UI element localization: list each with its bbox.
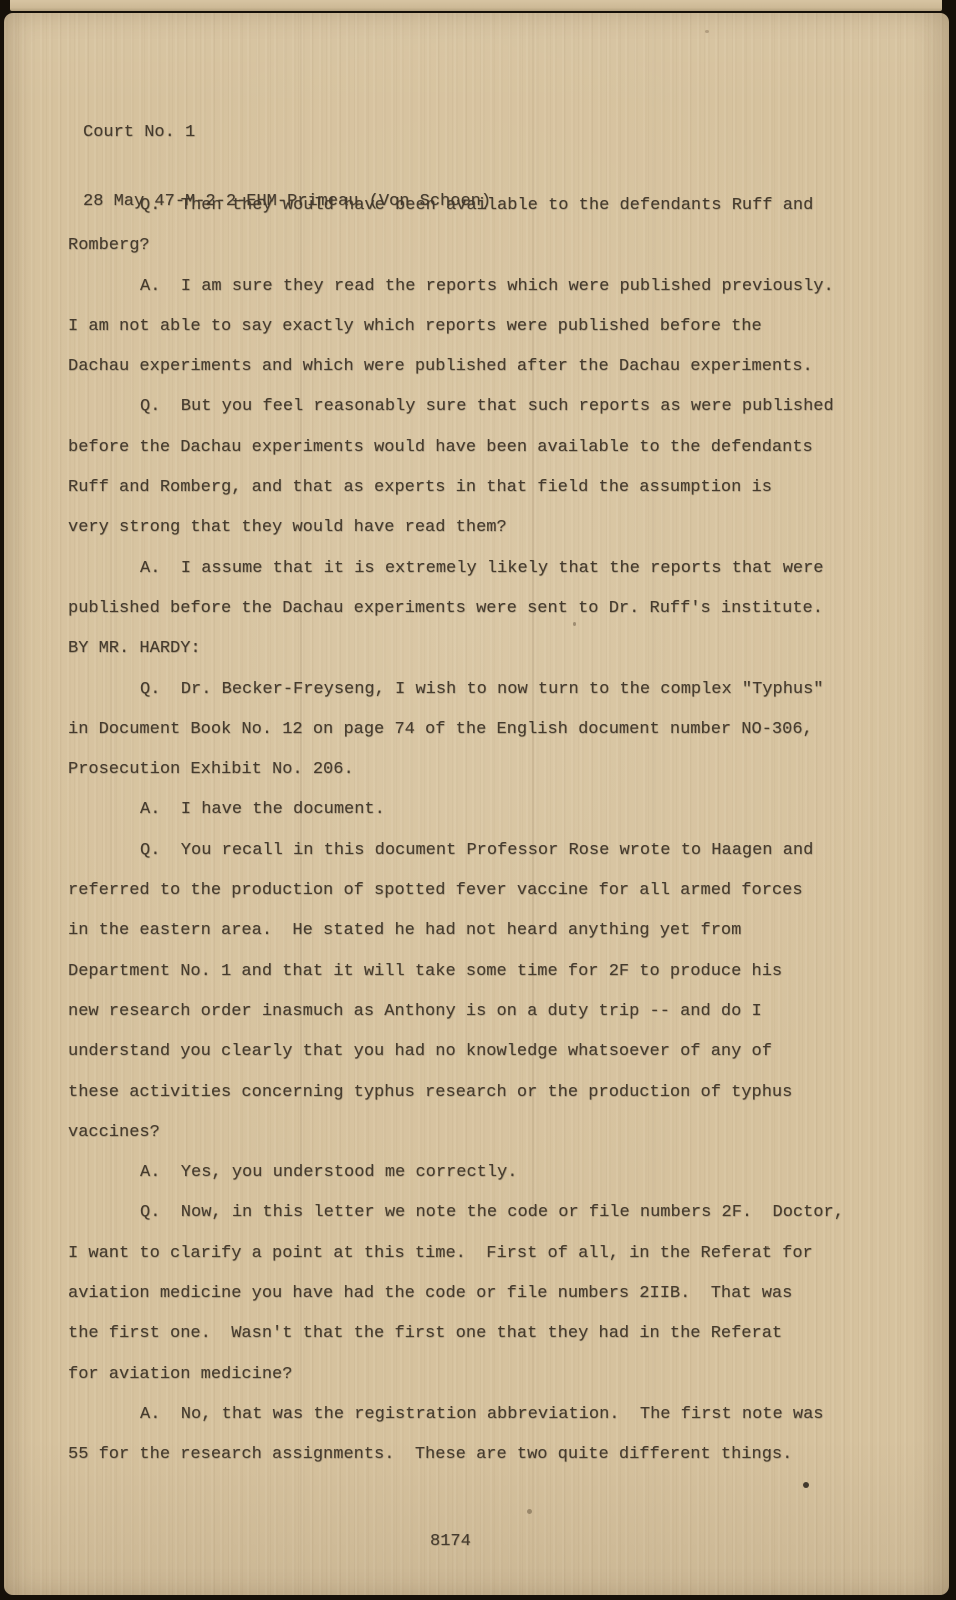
transcript-line: before the Dachau experiments would have… [68,428,919,468]
page-number: 8174 [430,1531,471,1553]
transcript-line: A. I have the document. [68,790,919,830]
ink-speck [803,1482,809,1488]
transcript-line: Q. But you feel reasonably sure that suc… [68,387,919,427]
transcript-line: Q. Now, in this letter we note the code … [68,1193,919,1233]
transcript-line: Romberg? [68,226,919,266]
transcript-line: A. I am sure they read the reports which… [68,267,919,307]
court-number-line: Court No. 1 [83,121,491,144]
transcript-line: Ruff and Romberg, and that as experts in… [68,468,919,508]
transcript-body: Q. Then they would have been available t… [68,186,919,1476]
transcript-line: vaccines? [68,1113,919,1153]
ink-speck [527,1509,532,1514]
transcript-line: I want to clarify a point at this time. … [68,1234,919,1274]
ink-speck [573,622,576,626]
transcript-line: A. I assume that it is extremely likely … [68,549,919,589]
ink-speck [766,1246,769,1249]
transcript-line: 55 for the research assignments. These a… [68,1435,919,1475]
transcript-line: in Document Book No. 12 on page 74 of th… [68,710,919,750]
transcript-line: new research order inasmuch as Anthony i… [68,992,919,1032]
transcript-line: Prosecution Exhibit No. 206. [68,750,919,790]
transcript-line: A. Yes, you understood me correctly. [68,1153,919,1193]
transcript-line: the first one. Wasn't that the first one… [68,1314,919,1354]
ink-speck [705,30,709,33]
transcript-line: these activities concerning typhus resea… [68,1073,919,1113]
document-page: Court No. 1 28 May 47-M-2-2-EHM-Primeau … [4,13,949,1595]
transcript-line: for aviation medicine? [68,1355,919,1395]
transcript-line: Q. Dr. Becker-Freyseng, I wish to now tu… [68,670,919,710]
transcript-line: Department No. 1 and that it will take s… [68,952,919,992]
transcript-line: Q. You recall in this document Professor… [68,831,919,871]
transcript-line: published before the Dachau experiments … [68,589,919,629]
transcript-line: Dachau experiments and which were publis… [68,347,919,387]
transcript-line: understand you clearly that you had no k… [68,1032,919,1072]
transcript-line: referred to the production of spotted fe… [68,871,919,911]
transcript-line: I am not able to say exactly which repor… [68,307,919,347]
transcript-line: Q. Then they would have been available t… [68,186,919,226]
transcript-line: aviation medicine you have had the code … [68,1274,919,1314]
scan-background: { "colors": { "paper": "#d6c29e", "ink":… [0,0,956,1600]
transcript-line: very strong that they would have read th… [68,508,919,548]
transcript-line: BY MR. HARDY: [68,629,919,669]
transcript-line: A. No, that was the registration abbrevi… [68,1395,919,1435]
transcript-line: in the eastern area. He stated he had no… [68,911,919,951]
adjacent-page-edge [10,0,942,11]
